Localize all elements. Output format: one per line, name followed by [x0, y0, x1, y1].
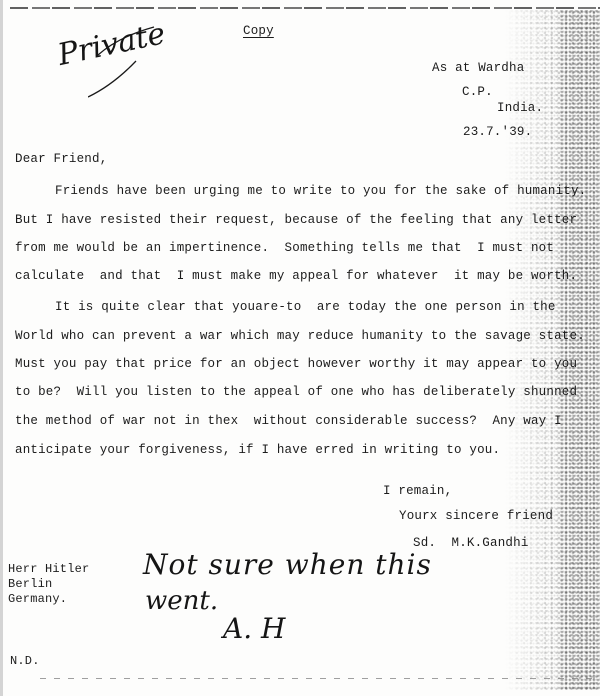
body-line: to be? Will you listen to the appeal of … — [15, 385, 577, 399]
body-line: calculate and that I must make my appeal… — [15, 269, 577, 283]
top-rule — [10, 7, 600, 9]
letter-page: Copy Private As at Wardha C.P. India. 23… — [0, 0, 600, 696]
body-line: It is quite clear that youare-to are tod… — [55, 300, 556, 314]
handwritten-initials: A. H — [223, 612, 285, 645]
recipient-name: Herr Hitler — [8, 562, 89, 576]
salutation: Dear Friend, — [15, 152, 107, 166]
recipient-country: Germany. — [8, 592, 67, 606]
closing: I remain, — [383, 484, 452, 498]
footer-initials: N.D. — [10, 654, 40, 668]
address-line-3: India. — [497, 101, 543, 115]
body-line: Friends have been urging me to write to … — [55, 184, 586, 198]
page-edge — [0, 0, 3, 696]
handwritten-note-line-2: went. — [145, 586, 218, 616]
body-line: the method of war not in thex without co… — [15, 414, 562, 428]
recipient-city: Berlin — [8, 577, 52, 591]
letter-date: 23.7.'39. — [463, 125, 532, 139]
address-line-1: As at Wardha — [432, 61, 524, 75]
address-line-2: C.P. — [462, 85, 493, 99]
body-line: But I have resisted their request, becau… — [15, 213, 577, 227]
body-line: anticipate your forgiveness, if I have e… — [15, 443, 500, 457]
photocopy-noise-edge — [560, 10, 600, 690]
valediction: Yourx sincere friend — [399, 509, 553, 523]
bottom-rule — [40, 678, 595, 679]
body-line: World who can prevent a war which may re… — [15, 329, 585, 343]
body-line: Must you pay that price for an object ho… — [15, 357, 577, 371]
body-line: from me would be an impertinence. Someth… — [15, 241, 554, 255]
handwritten-note-line-1: Not sure when this — [143, 548, 432, 581]
copy-label: Copy — [243, 24, 280, 38]
